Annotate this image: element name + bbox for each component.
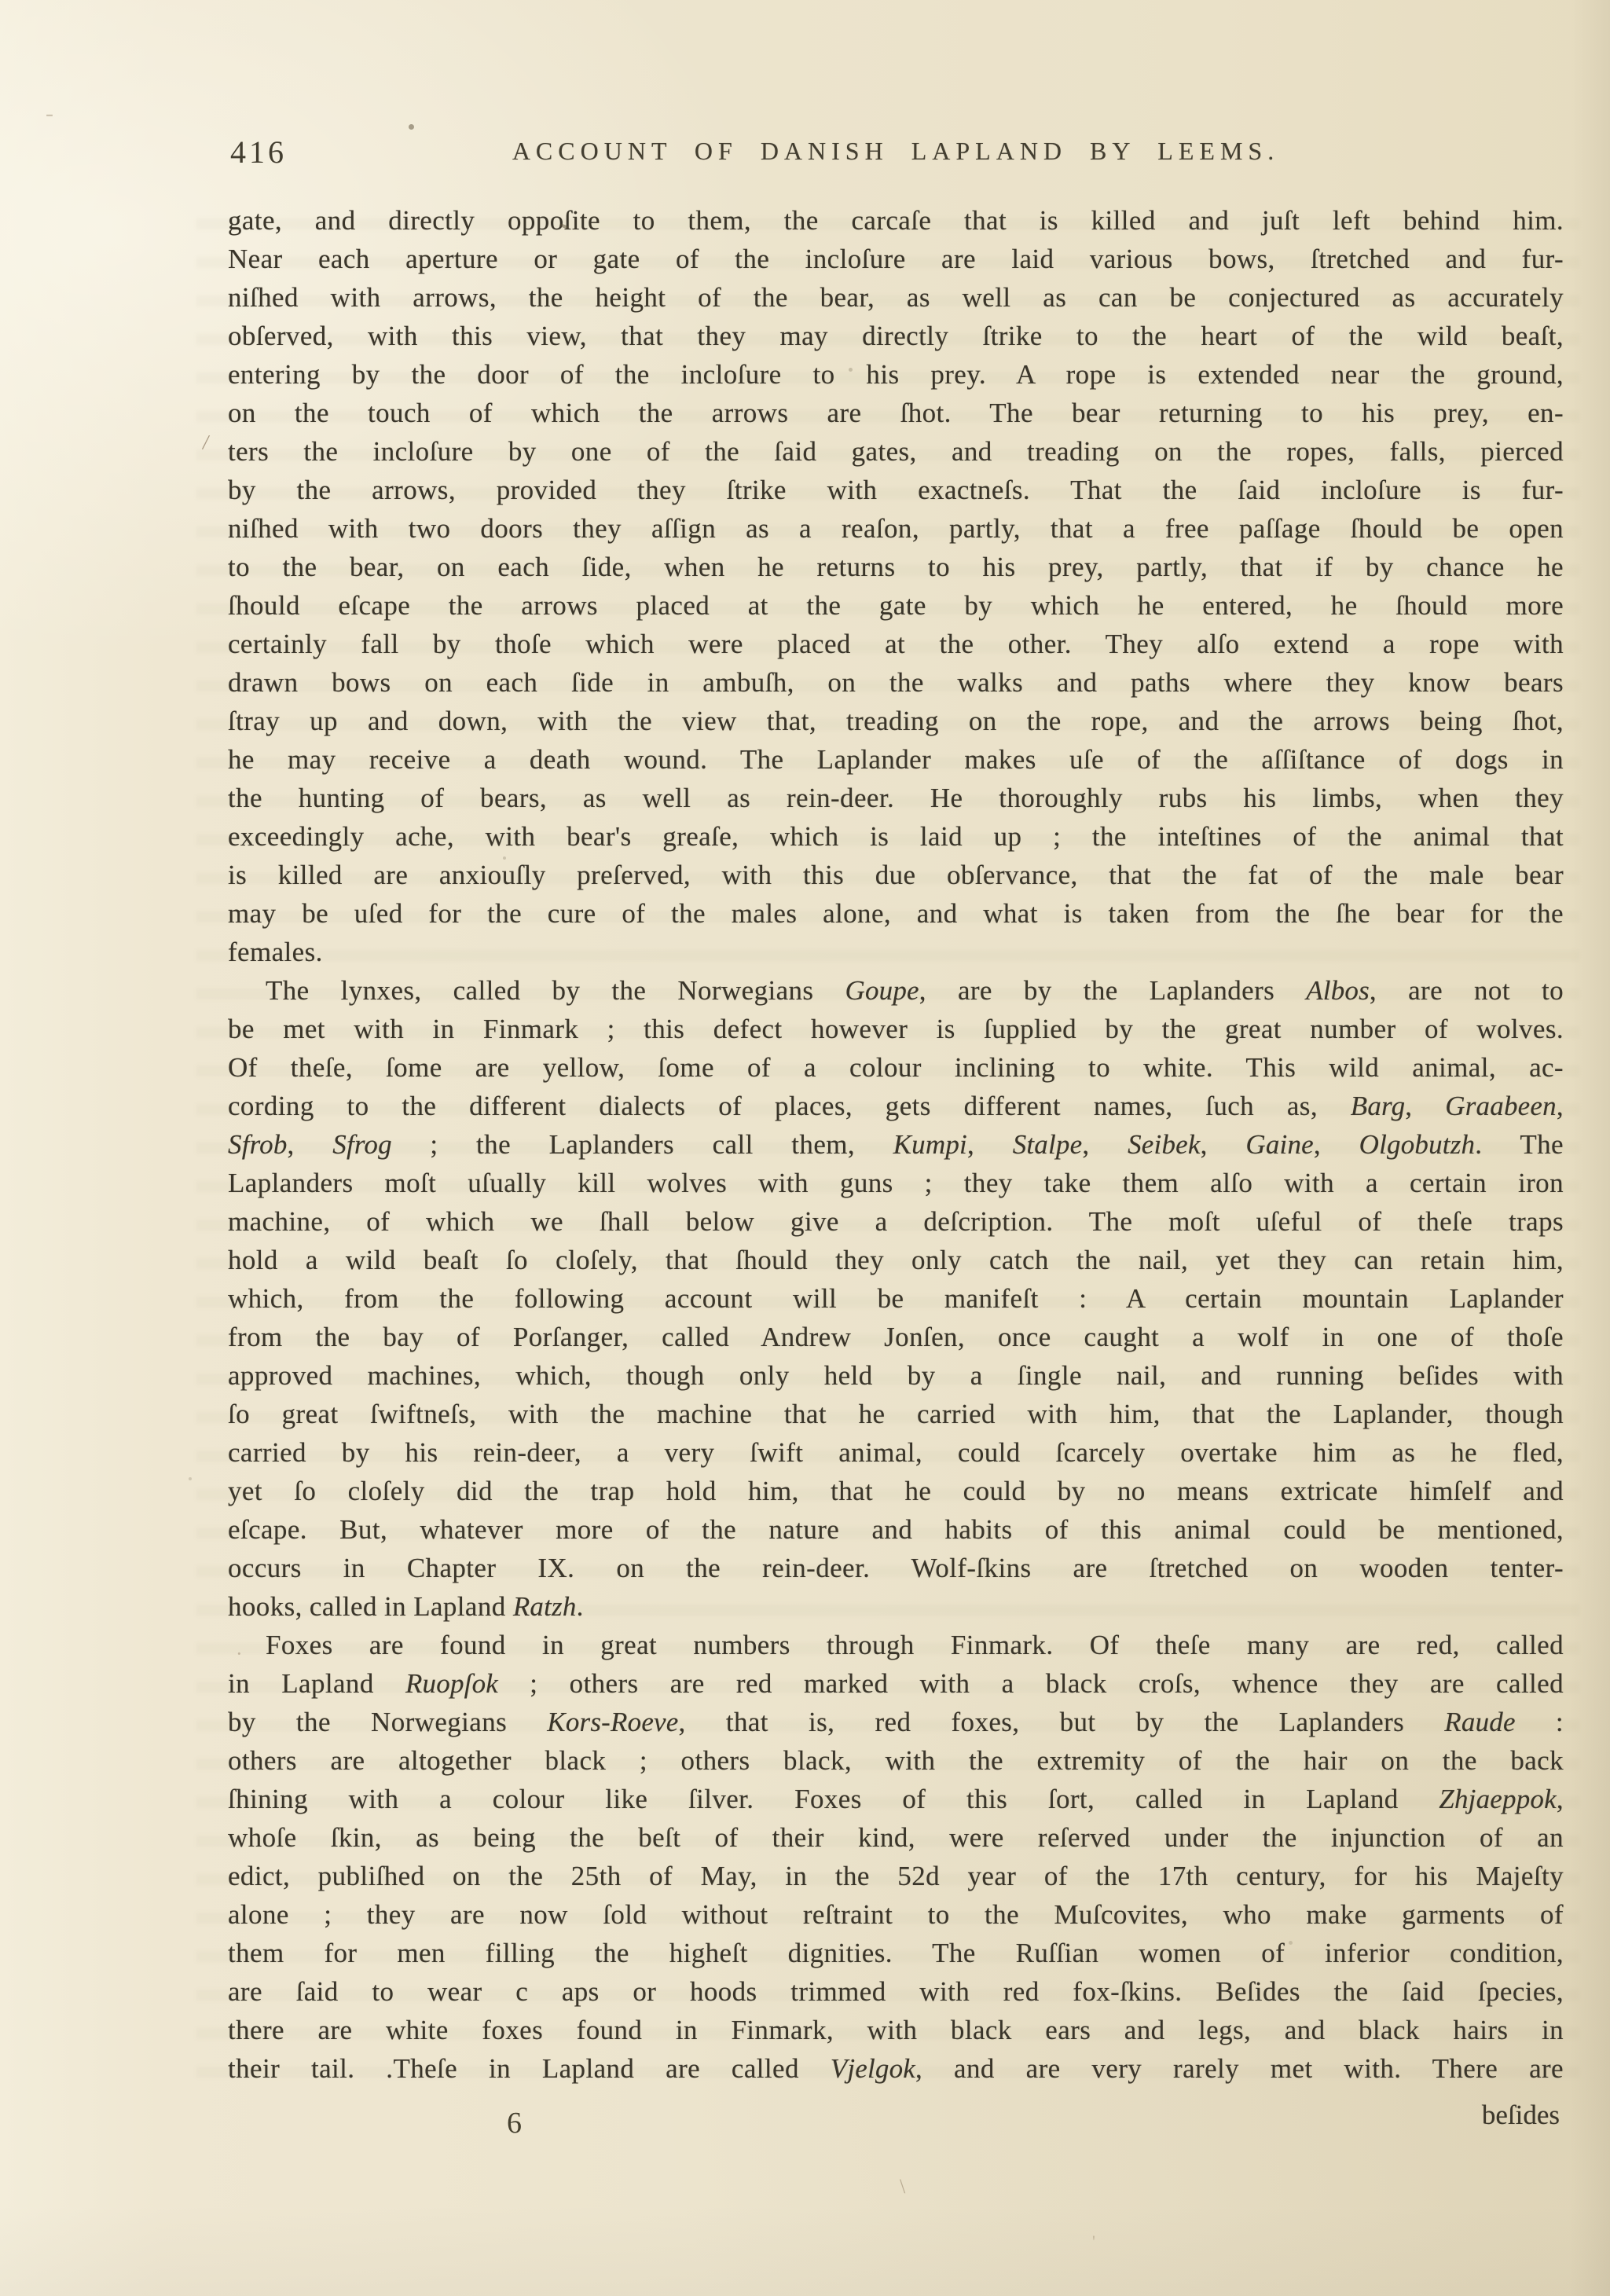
text-line: Foxes are found in great numbers through… (228, 1626, 1564, 1664)
text-line: ters the incloſure by one of the ſaid ga… (228, 432, 1564, 471)
running-title: ACCOUNT OF DANISH LAPLAND BY LEEMS. (228, 132, 1564, 166)
text-block: gate, and directly oppoſite to them, the… (228, 201, 1564, 2088)
text-line: eſcape. But, whatever more of the nature… (228, 1510, 1564, 1549)
text-line: others are altogether black ; others bla… (228, 1741, 1564, 1780)
catchword: beſides (1482, 2100, 1560, 2131)
scan-artifact: - (46, 101, 53, 127)
text-line: ſhining with a colour like ſilver. Foxes… (228, 1780, 1564, 1818)
text-line: by the arrows, provided they ſtrike with… (228, 471, 1564, 509)
text-line: machine, of which we ſhall below give a … (228, 1202, 1564, 1241)
paper-speck (189, 1477, 192, 1480)
text-line: ſo great ſwiftneſs, with the machine tha… (228, 1395, 1564, 1433)
text-line: certainly fall by thoſe which were place… (228, 625, 1564, 663)
paper-speck (409, 124, 414, 130)
text-line: yet ſo cloſely did the trap hold him, th… (228, 1472, 1564, 1510)
text-line: gate, and directly oppoſite to them, the… (228, 201, 1564, 240)
text-line: there are white foxes found in Finmark, … (228, 2011, 1564, 2049)
text-line: ſhould eſcape the arrows placed at the g… (228, 586, 1564, 625)
text-line: them for men filling the higheſt digniti… (228, 1934, 1564, 1972)
text-line: to the bear, on each ſide, when he retur… (228, 548, 1564, 586)
scan-artifact: ' (1092, 2232, 1095, 2252)
text-line: Laplanders moſt uſually kill wolves with… (228, 1164, 1564, 1202)
text-line: hooks, called in Lapland Ratzh. (228, 1587, 1564, 1626)
text-line: their tail. .Theſe in Lapland are called… (228, 2049, 1564, 2088)
text-line: drawn bows on each ſide in ambuſh, on th… (228, 663, 1564, 702)
text-line: he may receive a death wound. The Laplan… (228, 740, 1564, 779)
text-line: is killed are anxiouſly preſerved, with … (228, 856, 1564, 894)
book-page: 416 ACCOUNT OF DANISH LAPLAND BY LEEMS. … (0, 0, 1610, 2296)
text-line: approved machines, which, though only he… (228, 1356, 1564, 1395)
text-line: niſhed with two doors they aſſign as a r… (228, 509, 1564, 548)
text-line: carried by his rein-deer, a very ſwift a… (228, 1433, 1564, 1472)
text-line: females. (228, 933, 1564, 971)
running-head: 416 ACCOUNT OF DANISH LAPLAND BY LEEMS. (228, 132, 1564, 173)
text-line: which, from the following account will b… (228, 1279, 1564, 1318)
text-line: on the touch of which the arrows are ſho… (228, 394, 1564, 432)
signature-mark: 6 (507, 2106, 522, 2140)
text-line: ſtray up and down, with the view that, t… (228, 702, 1564, 740)
scan-artifact: \ (900, 2175, 905, 2199)
text-line: Sfrob, Sfrog ; the Laplanders call them,… (228, 1125, 1564, 1164)
text-line: obſerved, with this view, that they may … (228, 317, 1564, 355)
text-line: entering by the door of the incloſure to… (228, 355, 1564, 394)
text-line: alone ; they are now ſold without reſtra… (228, 1895, 1564, 1934)
page-number: 416 (230, 134, 287, 171)
text-line: from the bay of Porſanger, called Andrew… (228, 1318, 1564, 1356)
text-line: the hunting of bears, as well as rein-de… (228, 779, 1564, 817)
text-line: be met with in Finmark ; this defect how… (228, 1010, 1564, 1048)
text-line: are ſaid to wear c aps or hoods trimmed … (228, 1972, 1564, 2011)
text-line: may be uſed for the cure of the males al… (228, 894, 1564, 933)
text-line: exceedingly ache, with bear's greaſe, wh… (228, 817, 1564, 856)
text-line: niſhed with arrows, the height of the be… (228, 278, 1564, 317)
scan-artifact: / (201, 431, 211, 457)
text-line: Near each aperture or gate of the incloſ… (228, 240, 1564, 278)
text-line: Of theſe, ſome are yellow, ſome of a col… (228, 1048, 1564, 1087)
text-line: in Lapland Ruopſok ; others are red mark… (228, 1664, 1564, 1703)
text-line: The lynxes, called by the Norwegians Gou… (228, 971, 1564, 1010)
text-line: occurs in Chapter IX. on the rein-deer. … (228, 1549, 1564, 1587)
text-line: edict, publiſhed on the 25th of May, in … (228, 1857, 1564, 1895)
text-line: hold a wild beaſt ſo cloſely, that ſhoul… (228, 1241, 1564, 1279)
text-line: cording to the different dialects of pla… (228, 1087, 1564, 1125)
text-line: by the Norwegians Kors-Roeve, that is, r… (228, 1703, 1564, 1741)
text-line: whoſe ſkin, as being the beſt of their k… (228, 1818, 1564, 1857)
